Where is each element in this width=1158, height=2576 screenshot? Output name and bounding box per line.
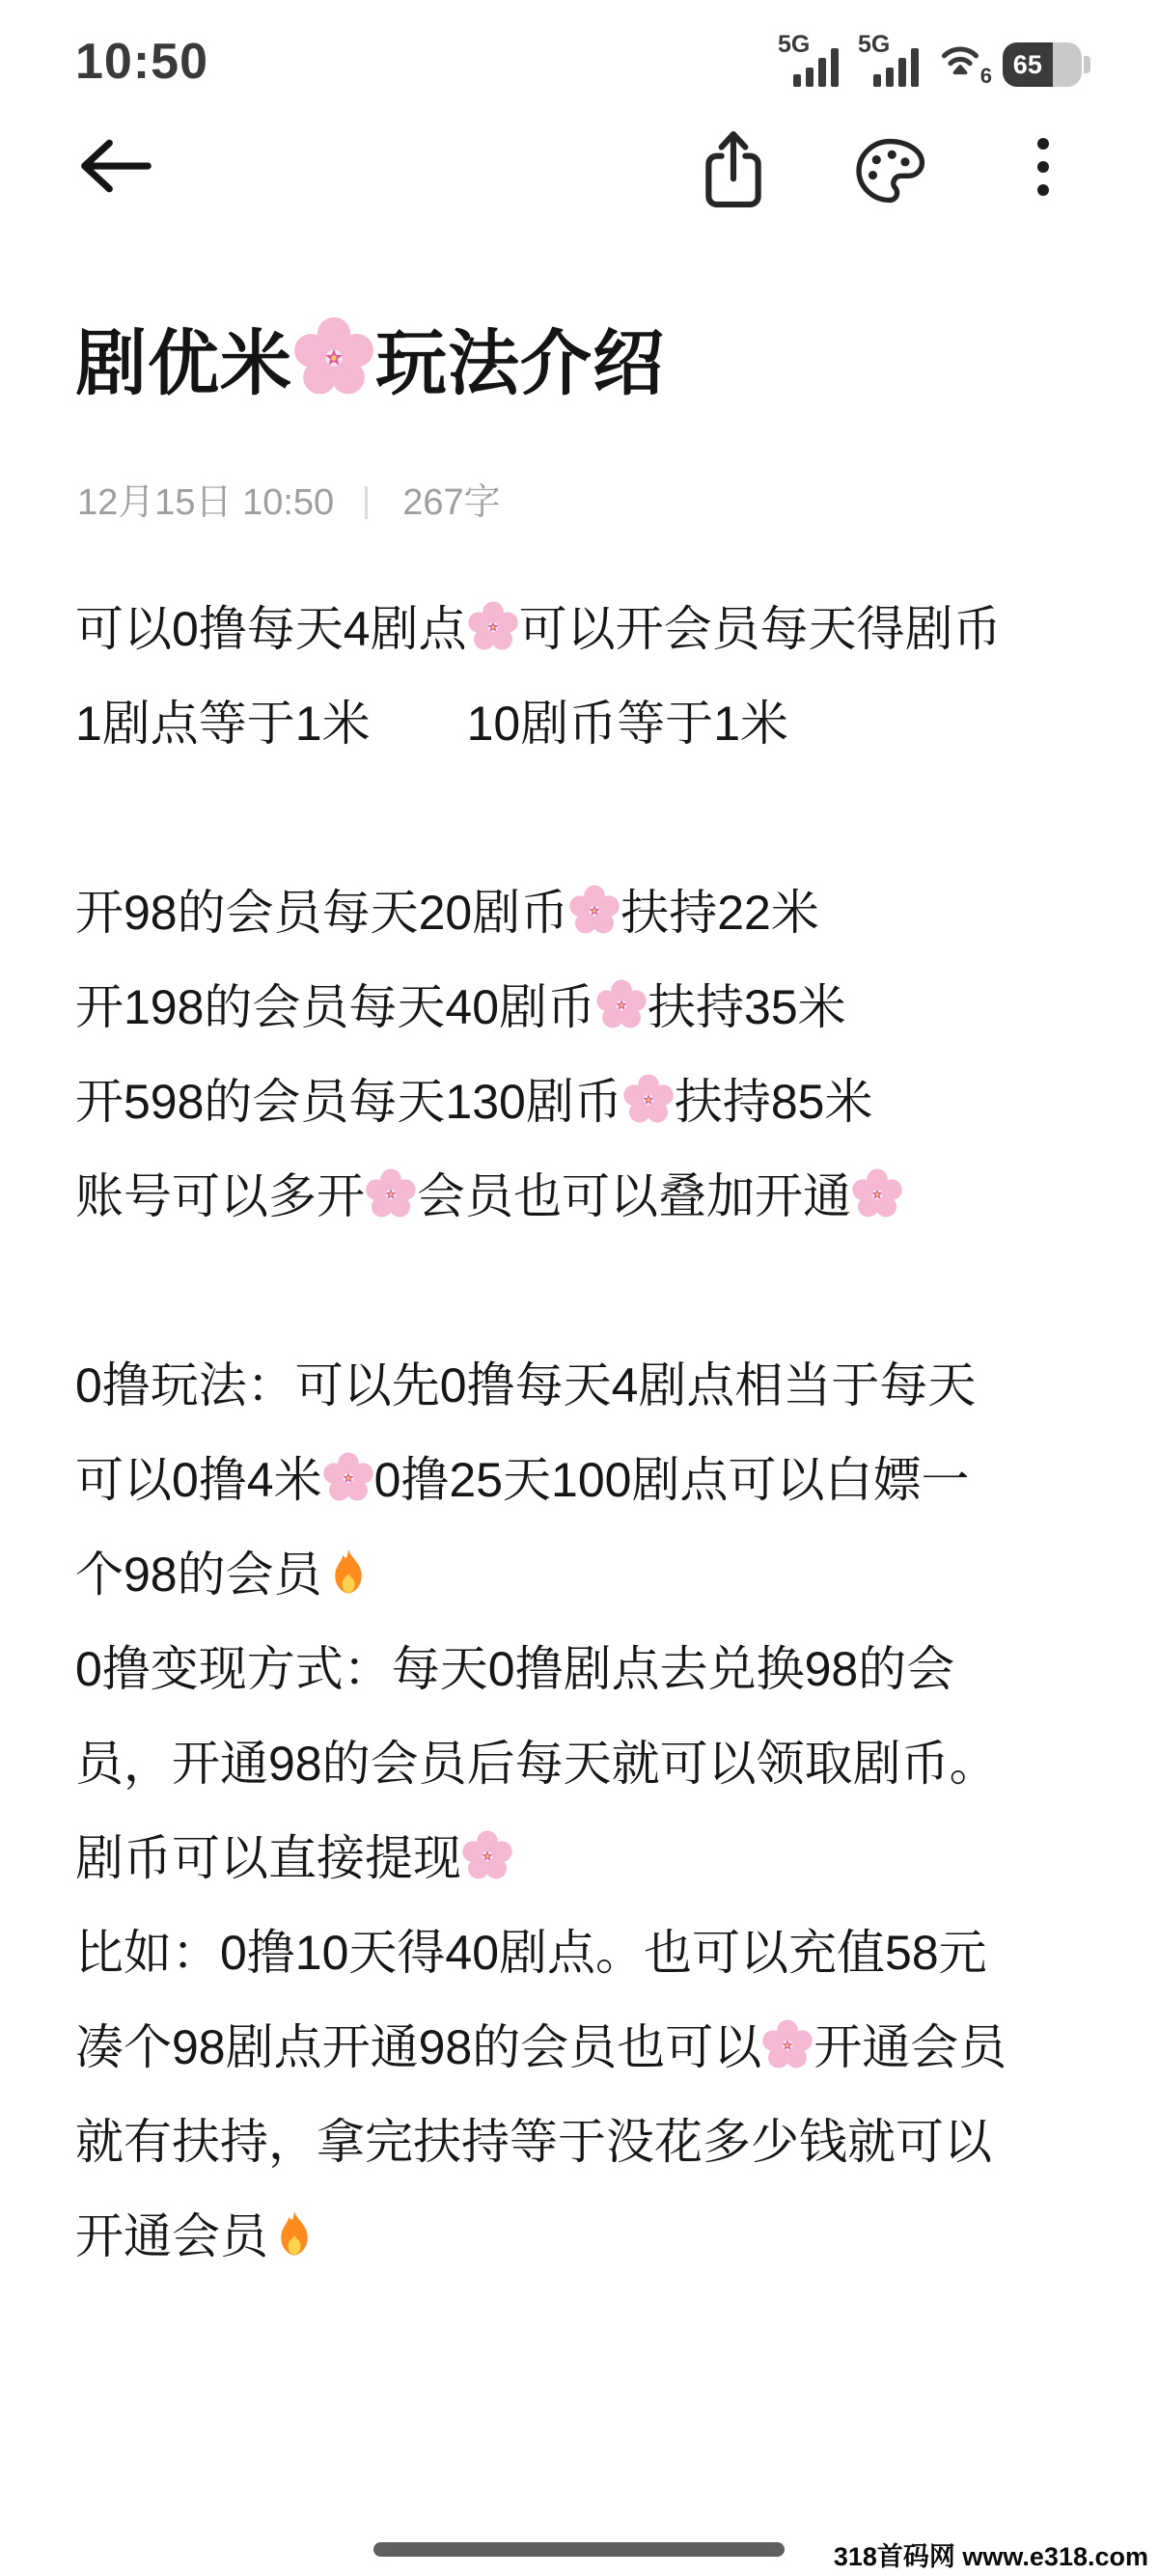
note-toolbar [0, 106, 1158, 222]
kebab-menu-icon [1036, 137, 1050, 197]
palette-icon [853, 137, 926, 205]
share-button[interactable] [704, 129, 762, 208]
cherry-blossom-icon [622, 1074, 675, 1126]
share-icon [704, 129, 762, 208]
note-body[interactable]: 可以0撸每天4剧点可以开会员每天得剧币1剧点等于1米 10剧币等于1米开98的会… [75, 582, 1100, 2284]
body-line: 0撸玩法：可以先0撸每天4剧点相当于每天 [75, 1338, 1100, 1433]
status-time: 10:50 [75, 35, 208, 89]
cherry-blossom-icon [365, 1168, 417, 1220]
body-line: 0撸变现方式：每天0撸剧点去兑换98的会 [75, 1622, 1100, 1716]
signal-bars-icon [793, 48, 839, 87]
body-line: 员，开通98的会员后每天就可以领取剧币。 [75, 1716, 1100, 1811]
body-line: 1剧点等于1米 10剧币等于1米 [75, 676, 1100, 771]
body-line: 可以0撸每天4剧点可以开会员每天得剧币 [75, 582, 1100, 676]
cherry-blossom-icon [761, 2019, 813, 2071]
signal-bars-icon [873, 48, 919, 87]
note-meta: 12月15日 10:50 267字 [77, 481, 1090, 524]
body-line: 开598的会员每天130剧币扶持85米 [75, 1055, 1100, 1149]
body-line: 账号可以多开会员也可以叠加开通 [75, 1149, 1100, 1244]
cherry-blossom-icon [461, 1830, 513, 1882]
back-button[interactable] [79, 139, 152, 193]
body-line: 个98的会员 [75, 1527, 1100, 1622]
status-bar: 10:50 5G 5G 6 65 [0, 0, 1158, 106]
home-indicator[interactable] [373, 2542, 785, 2557]
battery-indicator: 65 [1003, 42, 1090, 87]
back-arrow-icon [79, 139, 152, 193]
body-line: 凑个98剧点开通98的会员也可以开通会员 [75, 2000, 1100, 2095]
cherry-blossom-icon [595, 979, 648, 1031]
body-blank-line [75, 771, 1100, 865]
body-line: 可以0撸4米0撸25天100剧点可以白嫖一 [75, 1433, 1100, 1527]
battery-empty-segment [1053, 42, 1082, 87]
phone-screen: 10:50 5G 5G 6 65 [0, 0, 1158, 2576]
watermark: 318首码网 www.e318.com [834, 2535, 1148, 2573]
cherry-blossom-icon [467, 601, 519, 653]
body-line: 开198的会员每天40剧币扶持35米 [75, 960, 1100, 1055]
body-line: 开通会员 [75, 2189, 1100, 2284]
note-title[interactable]: 剧优米玩法介绍 [75, 316, 1090, 404]
body-line: 比如：0撸10天得40剧点。也可以充值58元 [75, 1905, 1100, 2000]
body-line: 开98的会员每天20剧币扶持22米 [75, 865, 1100, 960]
cherry-blossom-icon [851, 1168, 903, 1220]
note-word-count: 267字 [402, 481, 500, 524]
wifi6-label: 6 [980, 64, 992, 89]
body-line: 剧币可以直接提现 [75, 1811, 1100, 1905]
battery-percent: 65 [1013, 50, 1042, 80]
more-menu-button[interactable] [1036, 137, 1050, 197]
fire-icon [322, 1547, 374, 1599]
cherry-blossom-icon [322, 1452, 374, 1504]
note-date: 12月15日 10:50 [77, 481, 334, 524]
signal-sim1: 5G [778, 33, 845, 87]
wifi-icon: 6 [938, 37, 990, 87]
status-icons: 5G 5G 6 65 [778, 33, 1090, 87]
theme-button[interactable] [853, 137, 926, 205]
fire-icon [268, 2208, 320, 2261]
meta-divider [365, 486, 368, 519]
battery-cap [1084, 56, 1090, 73]
cherry-blossom-icon [292, 316, 375, 399]
cherry-blossom-icon [568, 885, 620, 937]
body-line: 就有扶持，拿完扶持等于没花多少钱就可以 [75, 2095, 1100, 2189]
body-blank-line [75, 1244, 1100, 1338]
signal-sim2: 5G [858, 33, 925, 87]
